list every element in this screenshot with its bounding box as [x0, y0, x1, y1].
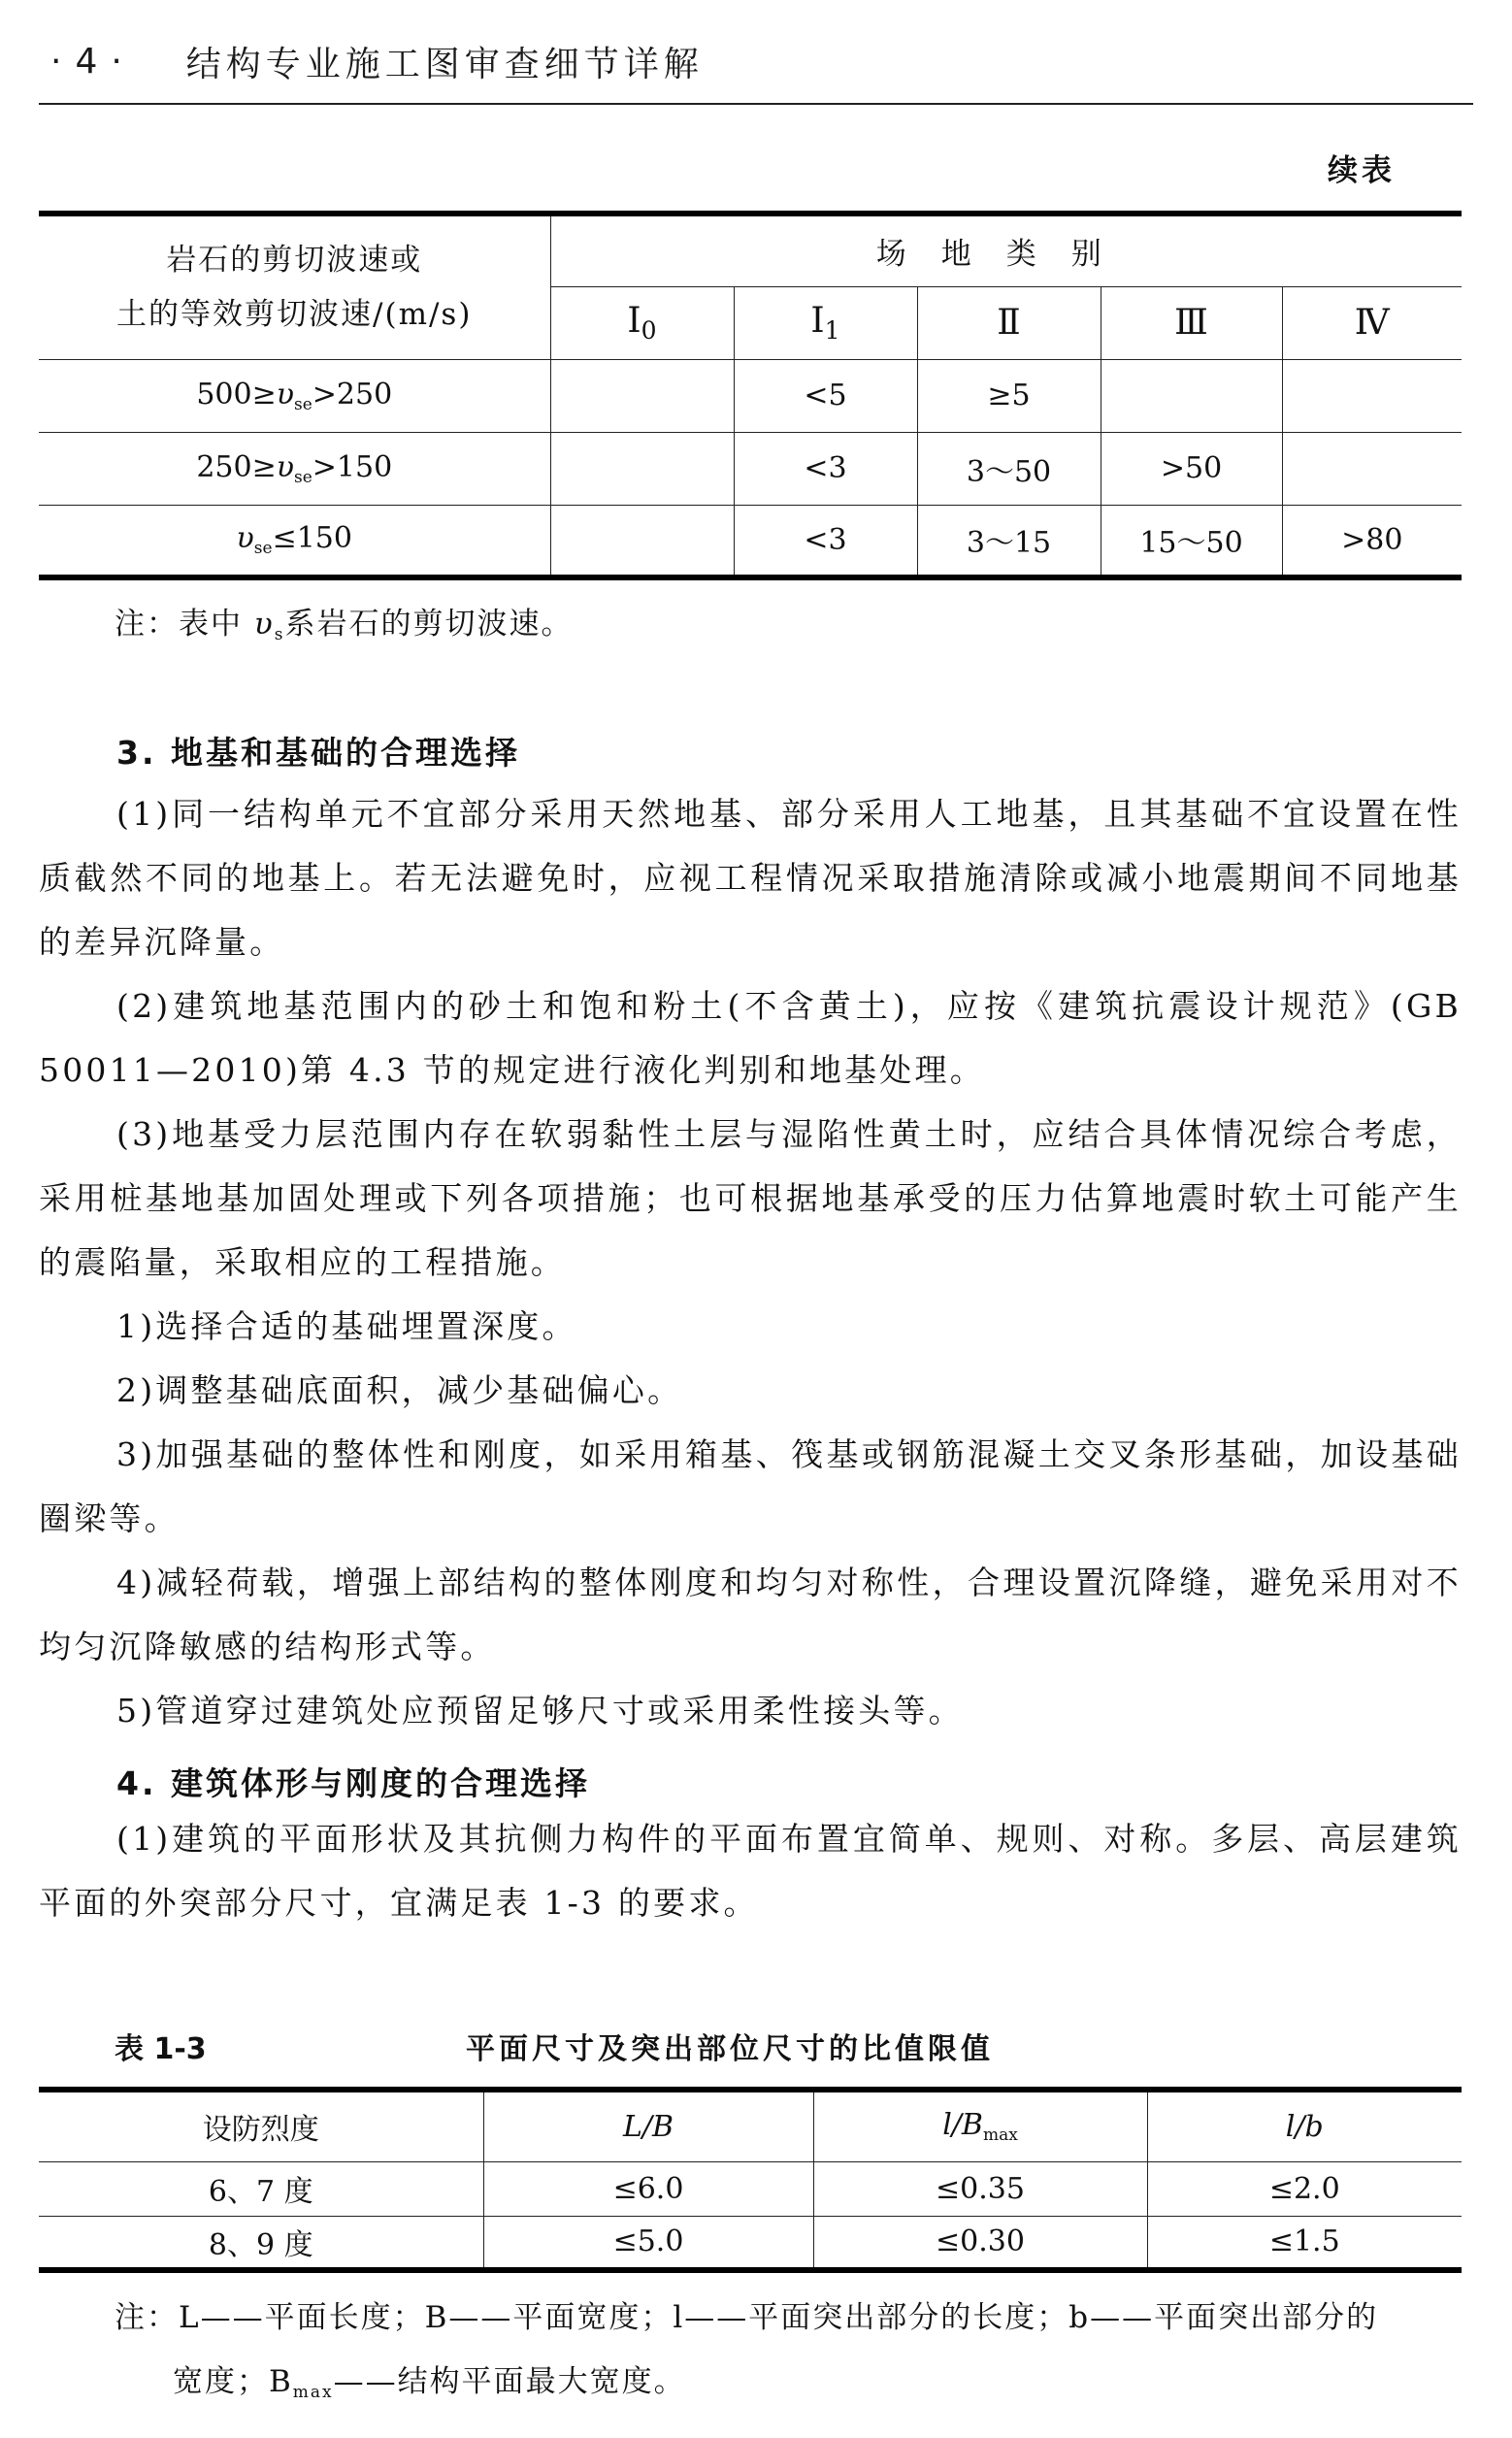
- row-label: 500≥υse>250: [39, 359, 550, 432]
- table-row: 500≥υse>250 <5 ≥5: [39, 359, 1462, 432]
- cell: [1282, 359, 1462, 432]
- col-header-l-Bmax: l/Bmax: [813, 2090, 1147, 2161]
- row-header-cell: 岩石的剪切波速或 土的等效剪切波速/(m/s): [39, 214, 550, 359]
- table2-caption-number: 表 1-3: [115, 2025, 207, 2067]
- col-header-I0: I0: [550, 286, 734, 359]
- table-continued-label: 续表: [1328, 146, 1396, 189]
- cell: [1282, 432, 1462, 505]
- col-header-L-B: L/B: [483, 2090, 813, 2161]
- cell: 3～50: [917, 432, 1101, 505]
- measure-item-3: 3)加强基础的整体性和刚度，如采用箱基、筏基或钢筋混凝土交叉条形基础，加设基础圈…: [39, 1423, 1462, 1551]
- cell: ≥5: [917, 359, 1101, 432]
- cell: [550, 432, 734, 505]
- measure-item-1: 1)选择合适的基础埋置深度。: [39, 1295, 1462, 1359]
- table2-note: 注：L——平面长度；B——平面宽度；l——平面突出部分的长度；b——平面突出部分…: [115, 2286, 1463, 2424]
- cell: 8、9 度: [39, 2216, 483, 2270]
- section3-heading: 3. 地基和基础的合理选择: [116, 728, 520, 774]
- col-header-II: Ⅱ: [917, 286, 1101, 359]
- col-header-IV: Ⅳ: [1282, 286, 1462, 359]
- table2-caption-title: 平面尺寸及突出部位尺寸的比值限值: [466, 2025, 994, 2067]
- table-row: υse≤150 <3 3～15 15～50 >80: [39, 505, 1462, 577]
- table2-note-line1: 注：L——平面长度；B——平面宽度；l——平面突出部分的长度；b——平面突出部分…: [115, 2286, 1463, 2350]
- cell: [1101, 359, 1282, 432]
- cell: 15～50: [1101, 505, 1282, 577]
- col-header-l-b: l/b: [1147, 2090, 1462, 2161]
- cell: 6、7 度: [39, 2161, 483, 2216]
- cell: ≤2.0: [1147, 2161, 1462, 2216]
- table-row: 8、9 度 ≤5.0 ≤0.30 ≤1.5: [39, 2216, 1462, 2270]
- row-header-line1: 岩石的剪切波速或: [39, 233, 550, 287]
- cell: 3～15: [917, 505, 1101, 577]
- row-label: υse≤150: [39, 505, 550, 577]
- table-row: 6、7 度 ≤6.0 ≤0.35 ≤2.0: [39, 2161, 1462, 2216]
- col-header-III: Ⅲ: [1101, 286, 1282, 359]
- table2-note-line2: 宽度；Bmax——结构平面最大宽度。: [115, 2350, 1463, 2424]
- cell: >80: [1282, 505, 1462, 577]
- page-number: ·4·: [50, 42, 136, 82]
- plan-ratio-table: 设防烈度 L/B l/Bmax l/b 6、7 度 ≤6.0 ≤0.35 ≤2.…: [39, 2087, 1462, 2273]
- measure-item-4: 4)减轻荷载，增强上部结构的整体刚度和均匀对称性，合理设置沉降缝，避免采用对不均…: [39, 1551, 1462, 1679]
- cell: <5: [734, 359, 917, 432]
- table1-note: 注：表中 υs系岩石的剪切波速。: [115, 599, 573, 644]
- section4-heading: 4. 建筑体形与刚度的合理选择: [116, 1759, 590, 1804]
- section4-paragraph-1: (1)建筑的平面形状及其抗侧力构件的平面布置宜简单、规则、对称。多层、高层建筑平…: [39, 1807, 1462, 1935]
- running-header: ·4· 结构专业施工图审查细节详解: [50, 37, 704, 85]
- row-header-line2: 土的等效剪切波速/(m/s): [39, 287, 550, 342]
- cell: ≤1.5: [1147, 2216, 1462, 2270]
- cell: ≤0.30: [813, 2216, 1147, 2270]
- section3-paragraph-1: (1)同一结构单元不宜部分采用天然地基、部分采用人工地基，且其基础不宜设置在性质…: [39, 782, 1462, 974]
- cell: <3: [734, 505, 917, 577]
- cell: ≤0.35: [813, 2161, 1147, 2216]
- book-title: 结构专业施工图审查细节详解: [186, 37, 704, 86]
- site-class-table: 岩石的剪切波速或 土的等效剪切波速/(m/s) 场地类别 I0 I1 Ⅱ Ⅲ Ⅳ…: [39, 211, 1462, 580]
- group-header-site-class: 场地类别: [550, 214, 1462, 286]
- section3-paragraph-3: (3)地基受力层范围内存在软弱黏性土层与湿陷性黄土时，应结合具体情况综合考虑，采…: [39, 1103, 1462, 1295]
- table-row: 250≥υse>150 <3 3～50 >50: [39, 432, 1462, 505]
- header-rule: [39, 103, 1473, 105]
- col-header-I1: I1: [734, 286, 917, 359]
- cell: >50: [1101, 432, 1282, 505]
- cell: <3: [734, 432, 917, 505]
- cell: [550, 505, 734, 577]
- cell: ≤6.0: [483, 2161, 813, 2216]
- section3-paragraph-2: (2)建筑地基范围内的砂土和饱和粉土(不含黄土)，应按《建筑抗震设计规范》(GB…: [39, 974, 1462, 1103]
- cell: ≤5.0: [483, 2216, 813, 2270]
- col-header-intensity: 设防烈度: [39, 2090, 483, 2161]
- row-label: 250≥υse>150: [39, 432, 550, 505]
- measure-item-5: 5)管道穿过建筑处应预留足够尺寸或采用柔性接头等。: [39, 1679, 1462, 1743]
- cell: [550, 359, 734, 432]
- measure-item-2: 2)调整基础底面积，减少基础偏心。: [39, 1359, 1462, 1423]
